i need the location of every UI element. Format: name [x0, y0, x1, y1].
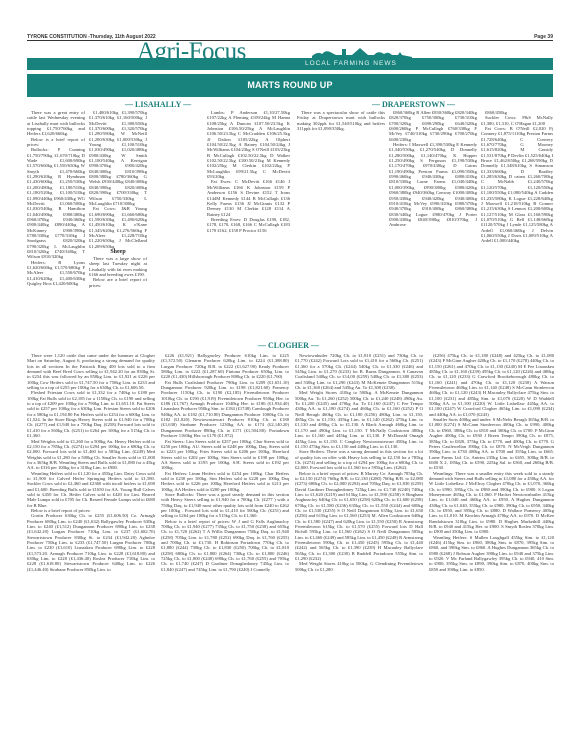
paragraph: £860/360kg R Allen £830/360kg £820/340kg… [389, 110, 477, 142]
paragraph: Weanlings: There was a smaller entry thi… [429, 471, 554, 535]
paragraph: Store Bullocks: There was a good steady … [161, 492, 289, 519]
draperstown-heading: — DRAPERSTOWN — [372, 100, 455, 109]
paragraph: Gortin Producer 630kg Ch. to £255 (£1,60… [27, 513, 155, 572]
paragraph: Heifers: B Lyons £1,620/660kg £1,570/680… [27, 260, 85, 287]
paragraph: Med Weight Stores 410kg to 500kg. A McKe… [295, 390, 423, 449]
paragraph: Weanling Heifers: S Mullen Loughgall 455… [429, 535, 554, 572]
section-banner: MARTS ROUND UP [27, 74, 553, 97]
clogher-column-1: There were 1,120 cattle that came under … [27, 353, 155, 698]
paragraph: There was a great entry of cattle last W… [27, 110, 85, 137]
draperstown-column-3: £860/450kg Suckler Cows: P&S McNally £1,… [481, 110, 553, 335]
paragraph: Store Heifers: There was a strong demand… [295, 449, 423, 470]
running-header: TYRONE CONSTITUTION -Thursday, 11th Augu… [27, 32, 553, 41]
paragraph: (£256) 475kg Ch. to £1,180 (£248) and 42… [429, 353, 554, 417]
paragraph: There was a spectacular show of cattle t… [297, 110, 385, 131]
paragraph: Fat Cows: J&R Young £1,690/690kg £1,660/… [89, 206, 147, 249]
paragraph: £226 (£1,921) Ballygawley Producer 610kg… [161, 353, 289, 380]
paragraph: Fat Cows: B O'Neill £2,020 Pj Connery £1… [481, 126, 553, 244]
paragraph: Below is a brief report of prices: [27, 137, 85, 148]
clogher-column-3: Newtownbutler 720kg Ch. to £1,810 (£251)… [295, 353, 423, 698]
paragraph: Fat Steers: Lim Steers sold to £257 per … [161, 439, 289, 471]
paragraph: Below are a brief report of prices: [89, 277, 147, 288]
paragraph: Heifers: I Maxwell £1,390/530kg E Kenned… [389, 142, 477, 228]
lisahally-heading: — LISAHALLY — [125, 100, 191, 109]
page-number: Page 39 [534, 34, 553, 40]
paragraph: Smaller Sorts 400kg and under: S McNelis… [429, 417, 554, 470]
sheep-subheading: Sheep [89, 249, 147, 256]
paragraph: Suckler Cows: P&S McNally £1,380, £1,310… [481, 115, 553, 126]
lisahally-column-2: £1,400/610kg £1,390/570kg £1,370/610kg £… [89, 110, 147, 335]
masthead-subtitle: LOCAL FARMING NEWS [305, 59, 397, 69]
lisahally-column-3: Lambs: P Anderson £1,10/27.50kg £107/22k… [207, 110, 290, 335]
paragraph: There were 1,120 cattle that came under … [27, 353, 155, 390]
paragraph: Weanling Heifers sold to £1,120 for a 45… [27, 471, 155, 508]
paragraph: Breeding Ewes: D Douglas £190, £182, £17… [207, 217, 290, 233]
clogher-column-2: £226 (£1,921) Ballygawley Producer 610kg… [161, 353, 289, 698]
paragraph: Med Weight Stores 410kg to 500kg: G Clen… [295, 561, 423, 572]
clogher-column-4: (£256) 475kg Ch. to £1,180 (£248) and 42… [429, 353, 554, 698]
masthead-bar [27, 58, 553, 70]
paragraph: Below is a brief report of prices: R Mur… [295, 471, 423, 562]
paragraph: Lambs: P Anderson £1,10/27.50kg £107/22k… [207, 110, 290, 179]
paragraph: Newtownbutler 720kg Ch. to £1,810 (£251)… [295, 353, 423, 390]
paragraph: There was a large show of sheep last Tue… [89, 256, 147, 277]
paragraph: Fleshed Friesian Cows sold to £1,332 for… [27, 390, 155, 438]
paragraph: Fat Ewes: C McDevitt £166 £146 J McWilli… [207, 179, 290, 216]
farm-skyline-icon [312, 45, 412, 59]
paragraph: Below is a brief report of prices: W J a… [161, 519, 289, 572]
clogher-heading: — CLOGHER — [258, 341, 319, 350]
draperstown-column-2: £860/360kg R Allen £830/360kg £820/340kg… [389, 110, 477, 335]
draperstown-column-1: There was a spectacular show of cattle t… [297, 110, 385, 335]
paragraph: Med Weights sold to £1,260 for a 500kg A… [27, 439, 155, 471]
lisahally-column-1: There was a great entry of cattle last W… [27, 110, 85, 335]
masthead-title: Agri-Focus [137, 39, 246, 65]
masthead: Agri-Focus LOCAL FARMING NEWS [27, 41, 553, 71]
paragraph: Fat Heifers: Limm Heifers sold to £254 p… [161, 471, 289, 492]
paragraph: Bullocks: P Cunning £1,750/790kg £1,670/… [27, 147, 85, 259]
paragraph: Fat Bulls Coalisland Producer 790kg Lim.… [161, 380, 289, 439]
paragraph: £1,400/610kg £1,390/570kg £1,370/610kg £… [89, 110, 147, 206]
